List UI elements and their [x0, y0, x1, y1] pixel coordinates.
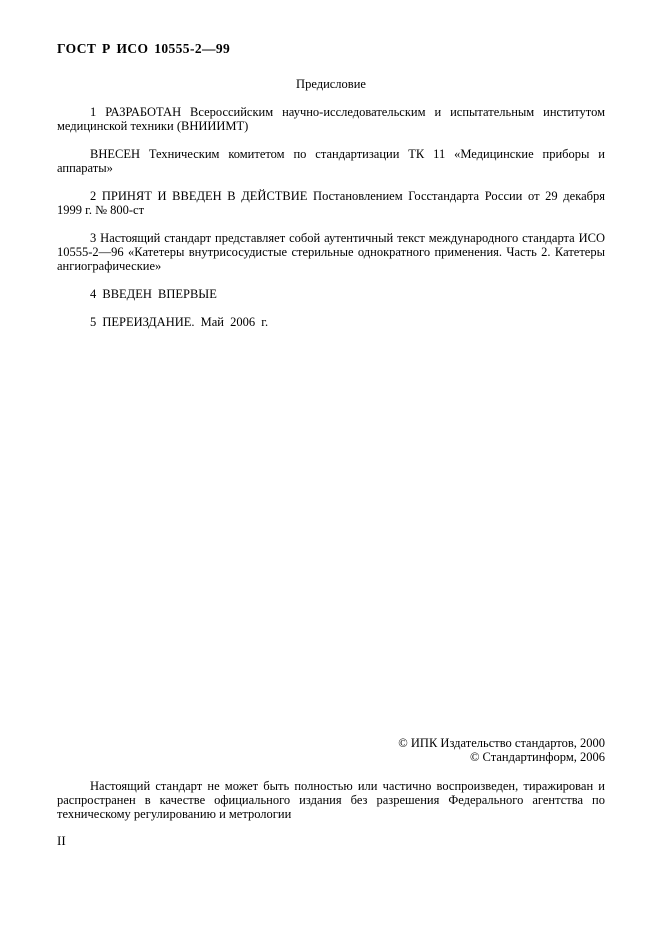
foreword-item-authentic-text: 3 Настоящий стандарт представляет собой …: [57, 231, 605, 273]
foreword-item-reissue: 5 ПЕРЕИЗДАНИЕ. Май 2006 г.: [57, 315, 605, 329]
foreword-item-developed: 1 РАЗРАБОТАН Всероссийским научно-исслед…: [57, 105, 605, 133]
document-page: ГОСТ Р ИСО 10555-2—99 Предисловие 1 РАЗР…: [0, 0, 661, 936]
copyright-block: © ИПК Издательство стандартов, 2000 © Ст…: [57, 736, 605, 764]
foreword-item-adopted: 2 ПРИНЯТ И ВВЕДЕН В ДЕЙСТВИЕ Постановлен…: [57, 189, 605, 217]
standard-designation: ГОСТ Р ИСО 10555-2—99: [57, 42, 605, 56]
page-number: II: [57, 834, 605, 848]
foreword-item-first-edition: 4 ВВЕДЕН ВПЕРВЫЕ: [57, 287, 605, 301]
page-title: Предисловие: [57, 77, 605, 91]
copyright-line-standartinform: © Стандартинформ, 2006: [57, 750, 605, 764]
copyright-line-publisher: © ИПК Издательство стандартов, 2000: [57, 736, 605, 750]
footer-block: © ИПК Издательство стандартов, 2000 © Ст…: [57, 736, 605, 848]
foreword-item-submitted: ВНЕСЕН Техническим комитетом по стандарт…: [57, 147, 605, 175]
legal-notice: Настоящий стандарт не может быть полност…: [57, 779, 605, 821]
